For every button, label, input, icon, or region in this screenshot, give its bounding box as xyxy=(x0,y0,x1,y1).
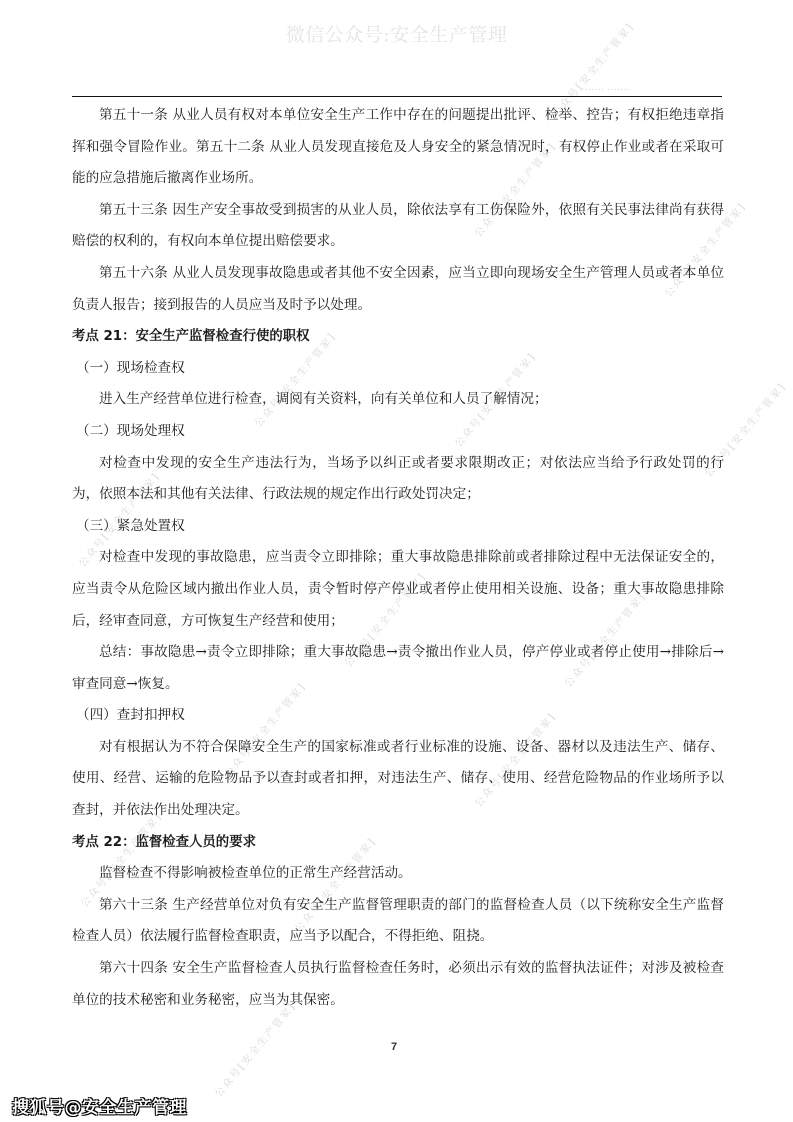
paragraph-handling-right: 对检查中发现的安全生产违法行为，当场予以纠正或者要求限期改正；对依法应当给予行政… xyxy=(72,448,724,511)
section-heading-22: 考点 22：监督检查人员的要求 xyxy=(72,827,724,859)
paragraph-article-56: 第五十六条 从业人员发现事故隐患或者其他不安全因素，应当立即向现场安全生产管理人… xyxy=(72,258,724,321)
subheading-emergency-right: （三）紧急处置权 xyxy=(72,511,724,543)
paragraph-summary: 总结：事故隐患→责令立即排除；重大事故隐患→责令撤出作业人员，停产停业或者停止使… xyxy=(72,637,724,700)
paragraph-emergency-right: 对检查中发现的事故隐患，应当责令立即排除；重大事故隐患排除前或者排除过程中无法保… xyxy=(72,542,724,637)
paragraph-inspection-limit: 监督检查不得影响被检查单位的正常生产经营活动。 xyxy=(72,858,724,890)
paragraph-inspection-right: 进入生产经营单位进行检查，调阅有关资料，向有关单位和人员了解情况； xyxy=(72,384,724,416)
document-body: 第五十一条 从业人员有权对本单位安全生产工作中存在的问题提出批评、检举、控告；有… xyxy=(72,100,724,1016)
header-faint-text: ······ ······· xyxy=(585,86,630,94)
paragraph-article-63: 第六十三条 生产经营单位对负有安全生产监督管理职责的部门的监督检查人员（以下统称… xyxy=(72,890,724,953)
subheading-inspection-right: （一）现场检查权 xyxy=(72,353,724,385)
top-watermark: 微信公众号:安全生产管理 xyxy=(0,20,793,47)
paragraph-article-51-52: 第五十一条 从业人员有权对本单位安全生产工作中存在的问题提出批评、检举、控告；有… xyxy=(72,100,724,195)
paragraph-article-64: 第六十四条 安全生产监督检查人员执行监督检查任务时，必须出示有效的监督执法证件；… xyxy=(72,953,724,1016)
paragraph-seizure-right: 对有根据认为不符合保障安全生产的国家标准或者行业标准的设施、设备、器材以及违法生… xyxy=(72,732,724,827)
paragraph-article-53: 第五十三条 因生产安全事故受到损害的从业人员，除依法享有工伤保险外，依照有关民事… xyxy=(72,195,724,258)
page-number: 7 xyxy=(391,1041,397,1053)
sohu-watermark: 搜狐号@安全生产管理 xyxy=(12,1093,187,1118)
header-rule xyxy=(72,96,722,97)
section-heading-21: 考点 21：安全生产监督检查行使的职权 xyxy=(72,321,724,353)
subheading-handling-right: （二）现场处理权 xyxy=(72,416,724,448)
subheading-seizure-right: （四）查封扣押权 xyxy=(72,700,724,732)
